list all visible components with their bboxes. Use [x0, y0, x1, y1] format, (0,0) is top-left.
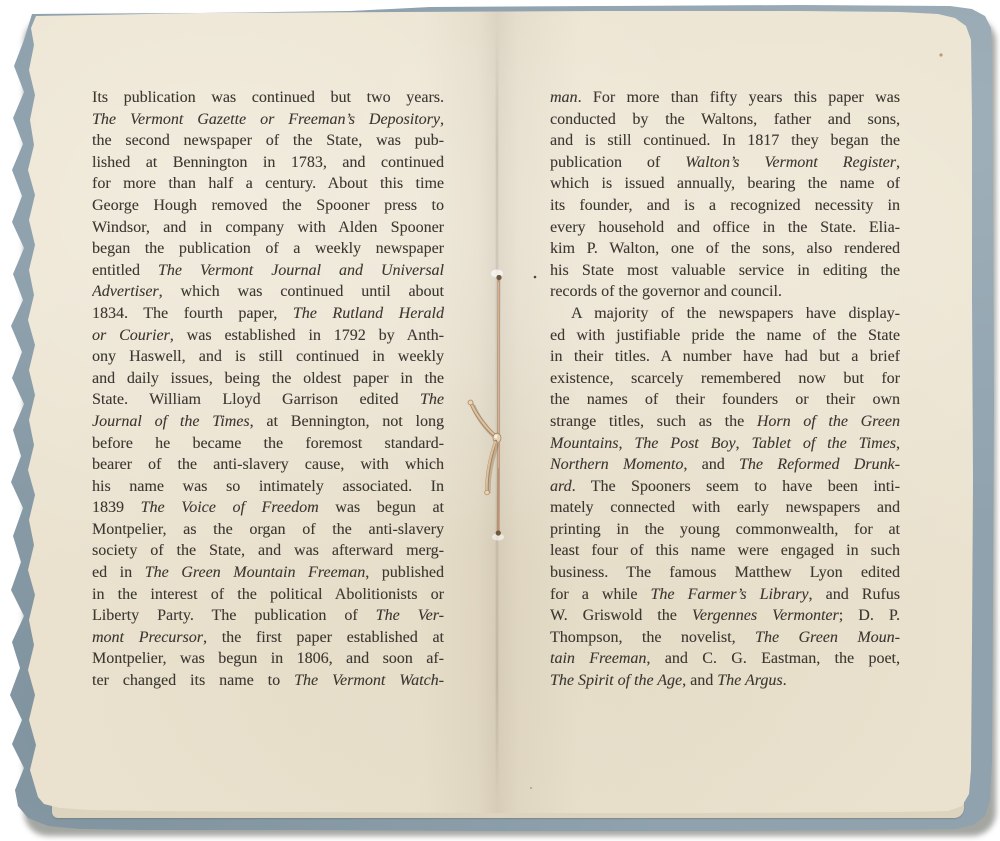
text-line: Mountains, The Post Boy, Tablet of the T… [550, 433, 900, 455]
text-run: The Vermont Watch- [294, 672, 444, 689]
text-run: The Farmer’s Library [651, 586, 809, 603]
text-run: strange titles, such as the [550, 413, 757, 430]
text-run: , at Bennington, not long [250, 413, 444, 430]
text-run: , which was continued until about [159, 283, 444, 300]
text-line: The Spirit of the Age, and The Argus. [550, 670, 900, 692]
text-run: bearer of the anti-slavery cause, with w… [92, 456, 444, 473]
text-line: and is still continued. In 1817 they beg… [550, 130, 900, 152]
text-run: Journal of the Times [92, 413, 250, 430]
text-run: . [783, 672, 787, 689]
text-run: publication of [550, 154, 685, 171]
text-run: in the interest of the political Aboliti… [92, 586, 444, 603]
text-run: The Vermont Gazette or Freeman’s Deposit… [92, 111, 440, 128]
text-run: State. William Lloyd Garrison edited [92, 391, 420, 408]
text-run: lished at Bennington in 1783, and contin… [92, 154, 444, 171]
text-line: records of the governor and council. [550, 281, 900, 303]
text-line: and daily issues, being the oldest paper… [92, 368, 444, 390]
text-run: was begun at [319, 499, 444, 516]
text-run: least four of this name were engaged in … [550, 542, 900, 559]
text-run: 1834. The fourth paper, [92, 305, 293, 322]
text-run: before he became the foremost standard- [92, 435, 444, 452]
text-line: lished at Bennington in 1783, and contin… [92, 152, 444, 174]
text-line: ard. The Spooners seem to have been inti… [550, 476, 900, 498]
text-run: man [550, 89, 578, 106]
text-line: A majority of the newspapers have displa… [550, 303, 900, 325]
text-line: Journal of the Times, at Bennington, not… [92, 411, 444, 433]
text-run: , [440, 111, 444, 128]
text-line: conducted by the Waltons, father and son… [550, 109, 900, 131]
text-line: society of the State, and was afterward … [92, 540, 444, 562]
text-run: , and [683, 456, 739, 473]
text-line: Its publication was continued but two ye… [92, 87, 444, 109]
text-line: the second newspaper of the State, was p… [92, 130, 444, 152]
text-run: , [618, 435, 634, 452]
text-line: Montpelier, as the organ of the anti-sla… [92, 519, 444, 541]
text-line: business. The famous Matthew Lyon edited [550, 562, 900, 584]
text-line: strange titles, such as the Horn of the … [550, 411, 900, 433]
text-line: his State most valuable service in editi… [550, 260, 900, 282]
text-run: , the first paper established at [203, 629, 444, 646]
text-line: for more than half a century. About this… [92, 173, 444, 195]
text-run: Its publication was continued but two ye… [92, 89, 444, 106]
text-line: the names of their founders or their own [550, 389, 900, 411]
text-run: business. The famous Matthew Lyon edited [550, 564, 900, 581]
text-line: Thompson, the novelist, The Green Moun- [550, 627, 900, 649]
text-run: for a while [550, 586, 651, 603]
text-line: in the interest of the political Aboliti… [92, 584, 444, 606]
text-run: conducted by the Waltons, father and son… [550, 111, 900, 128]
text-run: , was established in 1792 by Anth- [170, 327, 444, 344]
text-line: publication of Walton’s Vermont Register… [550, 152, 900, 174]
text-run: The Spirit of the Age [550, 672, 682, 689]
text-run: W. Griswold the [550, 607, 692, 624]
text-run: or Courier [92, 327, 170, 344]
text-line: least four of this name were engaged in … [550, 540, 900, 562]
text-line: Montpelier, was begun in 1806, and soon … [92, 648, 444, 670]
text-line: kim P. Walton, one of the sons, also ren… [550, 238, 900, 260]
text-line: ed with justifiable pride the name of th… [550, 325, 900, 347]
text-run: printing in the young commonwealth, for … [550, 521, 900, 538]
text-line: entitled The Vermont Journal and Univers… [92, 260, 444, 282]
text-run: ed with justifiable pride the name of th… [550, 327, 900, 344]
text-run: , [736, 435, 752, 452]
text-run: Advertiser [92, 283, 159, 300]
text-run: ; D. P. [839, 607, 900, 624]
text-run: and daily issues, being the oldest paper… [92, 370, 444, 387]
left-page-text: Its publication was continued but two ye… [92, 87, 444, 692]
text-run: mont Precursor [92, 629, 203, 646]
text-run: George Hough removed the Spooner press t… [92, 197, 444, 214]
text-run: The Vermont Journal and Universal [158, 262, 444, 279]
text-run: ony Haswell, and is still continued in w… [92, 348, 444, 365]
text-line: or Courier, was established in 1792 by A… [92, 325, 444, 347]
text-line: ed in The Green Mountain Freeman, publis… [92, 562, 444, 584]
text-run: The Voice of Freedom [141, 499, 319, 516]
text-run: Tablet of the Times [751, 435, 896, 452]
text-run: , and Rufus [809, 586, 900, 603]
text-run: The Ver- [376, 607, 444, 624]
text-line: man. For more than fifty years this pape… [550, 87, 900, 109]
text-line: which is issued annually, bearing the na… [550, 173, 900, 195]
text-line: Advertiser, which was continued until ab… [92, 281, 444, 303]
text-line: printing in the young commonwealth, for … [550, 519, 900, 541]
text-line: ony Haswell, and is still continued in w… [92, 346, 444, 368]
text-run: ard [550, 478, 572, 495]
text-run: Montpelier, was begun in 1806, and soon … [92, 650, 444, 667]
text-run: Northern Momento [550, 456, 683, 473]
text-run: Montpelier, as the organ of the anti-sla… [92, 521, 444, 538]
text-run: Mountains [550, 435, 618, 452]
text-run: for more than half a century. About this… [92, 175, 444, 192]
text-run: began the publication of a weekly newspa… [92, 240, 444, 257]
text-run: which is issued annually, bearing the na… [550, 175, 900, 192]
text-line: ter changed its name to The Vermont Watc… [92, 670, 444, 692]
text-run: The Reformed Drunk- [739, 456, 900, 473]
text-run: The Post Boy [634, 435, 735, 452]
text-run: the names of their founders or their own [550, 391, 900, 408]
text-line: began the publication of a weekly newspa… [92, 238, 444, 260]
text-run: Vergennes Vermonter [692, 607, 839, 624]
text-line: tain Freeman, and C. G. Eastman, the poe… [550, 648, 900, 670]
text-run: , [896, 154, 900, 171]
text-run: in their titles. A number have had but a… [550, 348, 900, 365]
text-run: Liberty Party. The publication of [92, 607, 376, 624]
text-run: . For more than fifty years this paper w… [578, 89, 900, 106]
text-line: W. Griswold the Vergennes Vermonter; D. … [550, 605, 900, 627]
scanned-booklet: Its publication was continued but two ye… [0, 0, 1000, 841]
text-run: existence, scarcely remembered now but f… [550, 370, 900, 387]
text-run: 1839 [92, 499, 141, 516]
text-run: ter changed its name to [92, 672, 294, 689]
text-run: The Argus [717, 672, 782, 689]
text-run: entitled [92, 262, 158, 279]
text-run: The Green Moun- [755, 629, 900, 646]
text-run: The Green Mountain Freeman [145, 564, 366, 581]
text-run: , [896, 435, 900, 452]
text-run: his State most valuable service in editi… [550, 262, 900, 279]
text-run: Windsor, and in company with Alden Spoon… [92, 219, 444, 236]
text-run: his name was so intimately associated. I… [92, 478, 444, 495]
text-line: Windsor, and in company with Alden Spoon… [92, 217, 444, 239]
text-run: Thompson, the novelist, [550, 629, 755, 646]
text-run: every household and office in the State.… [550, 219, 900, 236]
text-run: the second newspaper of the State, was p… [92, 132, 444, 149]
text-run: records of the governor and council. [550, 283, 782, 300]
text-line: State. William Lloyd Garrison edited The [92, 389, 444, 411]
text-run: The [420, 391, 444, 408]
text-line: his name was so intimately associated. I… [92, 476, 444, 498]
text-line: mately connected with early newspapers a… [550, 497, 900, 519]
text-run: its founder, and is a recognized necessi… [550, 197, 900, 214]
text-line: existence, scarcely remembered now but f… [550, 368, 900, 390]
text-run: tain Freeman [550, 650, 646, 667]
text-run: mately connected with early newspapers a… [550, 499, 900, 516]
text-run: , published [365, 564, 444, 581]
text-line: mont Precursor, the first paper establis… [92, 627, 444, 649]
text-run: , and C. G. Eastman, the poet, [646, 650, 900, 667]
text-line: Northern Momento, and The Reformed Drunk… [550, 454, 900, 476]
text-line: every household and office in the State.… [550, 217, 900, 239]
gutter-fold-crease [496, 30, 498, 800]
text-run: The Rutland Herald [293, 305, 444, 322]
text-run: . The Spooners seem to have been inti- [572, 478, 900, 495]
text-line: its founder, and is a recognized necessi… [550, 195, 900, 217]
text-line: George Hough removed the Spooner press t… [92, 195, 444, 217]
text-run: society of the State, and was afterward … [92, 542, 444, 559]
text-line: 1834. The fourth paper, The Rutland Hera… [92, 303, 444, 325]
text-run: Walton’s Vermont Register [685, 154, 896, 171]
text-line: Liberty Party. The publication of The Ve… [92, 605, 444, 627]
text-run: and is still continued. In 1817 they beg… [550, 132, 900, 149]
text-run: ed in [92, 564, 145, 581]
text-line: bearer of the anti-slavery cause, with w… [92, 454, 444, 476]
right-page-text: man. For more than fifty years this pape… [550, 87, 900, 692]
text-line: 1839 The Voice of Freedom was begun at [92, 497, 444, 519]
text-line: in their titles. A number have had but a… [550, 346, 900, 368]
text-line: The Vermont Gazette or Freeman’s Deposit… [92, 109, 444, 131]
text-line: for a while The Farmer’s Library, and Ru… [550, 584, 900, 606]
text-run: , and [682, 672, 717, 689]
text-run: Horn of the Green [757, 413, 900, 430]
text-run: A majority of the newspapers have displa… [571, 305, 900, 322]
text-line: before he became the foremost standard- [92, 433, 444, 455]
text-run: kim P. Walton, one of the sons, also ren… [550, 240, 900, 257]
